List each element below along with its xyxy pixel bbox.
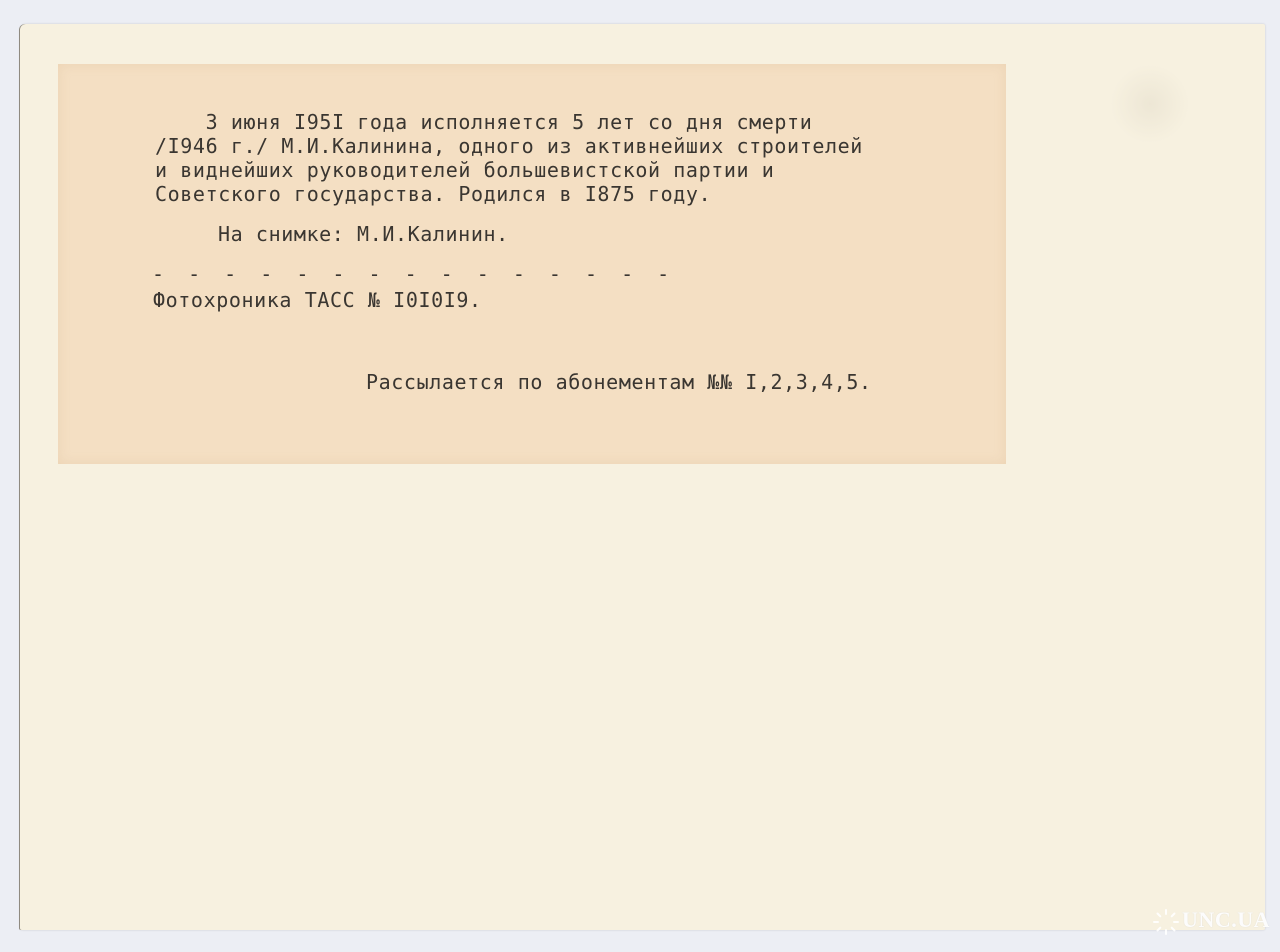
watermark: UNC.UA bbox=[1152, 907, 1270, 936]
paragraph-line-3: и виднейших руководителей большевистской… bbox=[155, 158, 774, 182]
paragraph-line-4: Советского государства. Родился в I875 г… bbox=[155, 182, 711, 206]
paragraph-line-2: /I946 г./ М.И.Калинина, одного из активн… bbox=[155, 134, 863, 158]
agency-reference: Фотохроника ТАСС № I0I0I9. bbox=[153, 288, 482, 312]
dashed-separator: - - - - - - - - - - - - - - - bbox=[152, 262, 675, 286]
watermark-text: UNC.UA bbox=[1182, 907, 1270, 932]
photo-subject-caption: На снимке: М.И.Калинин. bbox=[218, 222, 509, 246]
caption-paragraph: 3 июня I95I года исполняется 5 лет со дн… bbox=[155, 110, 863, 206]
paragraph-line-1: 3 июня I95I года исполняется 5 лет со дн… bbox=[155, 110, 812, 134]
distribution-note: Рассылается по абонементам №№ I,2,3,4,5. bbox=[366, 370, 872, 394]
sunburst-logo-icon bbox=[1152, 908, 1180, 936]
